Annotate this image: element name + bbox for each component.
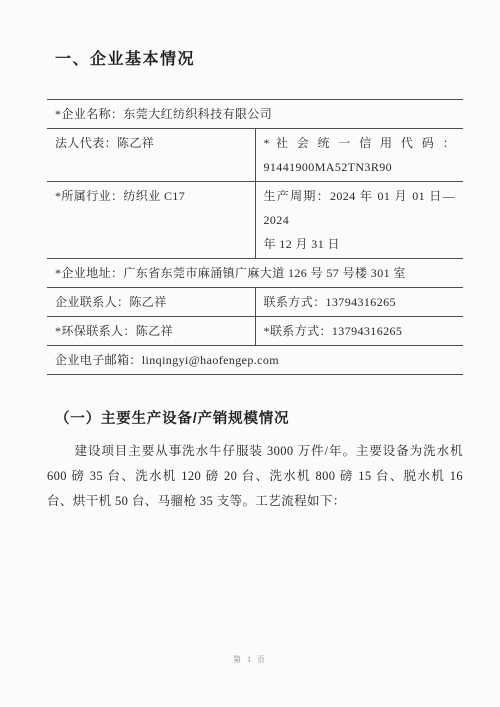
subsection-heading: （一）主要生产设备/产销规模情况 bbox=[55, 409, 463, 429]
row-contact: 企业联系人：陈乙祥 联系方式：13794316265 bbox=[47, 288, 463, 317]
legal-rep-cell: 法人代表：陈乙祥 bbox=[47, 129, 255, 182]
industry-cell: *所属行业：纺织业 C17 bbox=[47, 182, 255, 259]
project-description-paragraph: 建设项目主要从事洗水牛仔服装 3000 万件/年。主要设备为洗水机 600 磅 … bbox=[47, 439, 463, 514]
document-section-title: 一、企业基本情况 bbox=[55, 50, 463, 70]
row-email: 企业电子邮箱：linqingyi@haofengep.com bbox=[47, 346, 463, 375]
contact-phone-cell: 联系方式：13794316265 bbox=[255, 288, 463, 317]
row-industry-period: *所属行业：纺织业 C17 生产周期：2024 年 01 月 01 日—2024… bbox=[47, 182, 463, 259]
company-name-cell: *企业名称：东莞大红纺织科技有限公司 bbox=[47, 100, 463, 129]
credit-code-value: 91441900MA52TN3R90 bbox=[264, 155, 456, 179]
env-contact-person-cell: *环保联系人：陈乙祥 bbox=[47, 317, 255, 346]
row-address: *企业地址：广东省东莞市麻涌镇广麻大道 126 号 57 号楼 301 室 bbox=[47, 259, 463, 288]
enterprise-info-table: *企业名称：东莞大红纺织科技有限公司 法人代表：陈乙祥 * 社 会 统 一 信 … bbox=[47, 99, 463, 375]
credit-code-cell: * 社 会 统 一 信 用 代 码 ： 91441900MA52TN3R90 bbox=[255, 129, 463, 182]
email-cell: 企业电子邮箱：linqingyi@haofengep.com bbox=[47, 346, 463, 375]
page-content: 一、企业基本情况 *企业名称：东莞大红纺织科技有限公司 法人代表：陈乙祥 * 社… bbox=[0, 50, 500, 514]
credit-code-label: * 社 会 统 一 信 用 代 码 ： bbox=[264, 131, 456, 155]
row-legal-rep-credit-code: 法人代表：陈乙祥 * 社 会 统 一 信 用 代 码 ： 91441900MA5… bbox=[47, 129, 463, 182]
production-period-cell: 生产周期：2024 年 01 月 01 日—2024 年 12 月 31 日 bbox=[255, 182, 463, 259]
env-contact-phone-cell: *联系方式：13794316265 bbox=[255, 317, 463, 346]
row-env-contact: *环保联系人：陈乙祥 *联系方式：13794316265 bbox=[47, 317, 463, 346]
page-number-footer: 第 1 页 bbox=[0, 654, 500, 665]
scanned-document-page: 一、企业基本情况 *企业名称：东莞大红纺织科技有限公司 法人代表：陈乙祥 * 社… bbox=[0, 0, 500, 707]
row-company-name: *企业名称：东莞大红纺织科技有限公司 bbox=[47, 100, 463, 129]
address-cell: *企业地址：广东省东莞市麻涌镇广麻大道 126 号 57 号楼 301 室 bbox=[47, 259, 463, 288]
contact-person-cell: 企业联系人：陈乙祥 bbox=[47, 288, 255, 317]
